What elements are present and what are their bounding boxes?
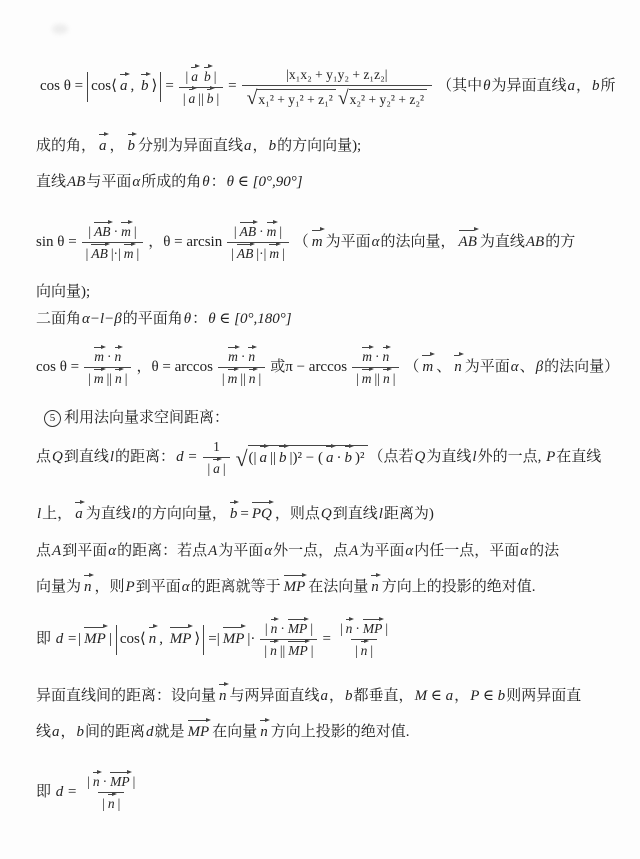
text-run: 的法向量）	[544, 357, 619, 379]
math-token: (|	[249, 448, 257, 470]
math-token: x₂² + y₂² + z₂²	[350, 92, 424, 108]
math-token: ·	[337, 448, 342, 470]
text-run: 为平面	[359, 541, 404, 563]
math-token: l	[132, 504, 136, 526]
vector-a: a	[326, 448, 334, 470]
vector-n: n	[115, 349, 122, 365]
text-line: l上，a为直线l的方向向量，b=PQ，则点Q到直线l距离为)	[36, 504, 434, 526]
vector-b: b	[141, 76, 149, 98]
math-token: α	[372, 232, 380, 254]
absolute-value-bars: cos⟨a, b⟩	[87, 72, 161, 102]
math-token: |	[370, 643, 373, 659]
text-run: 间的距离	[85, 722, 145, 744]
numerator: m·n	[221, 346, 262, 367]
math-token: =	[165, 76, 173, 98]
vector-n: n	[93, 774, 100, 790]
math-token: cos⟨	[91, 76, 117, 98]
text-run: 直线	[36, 172, 66, 194]
vector-m: m	[267, 224, 277, 240]
math-token: |	[134, 224, 137, 240]
math-token: b	[592, 76, 600, 98]
math-token: l	[472, 447, 476, 469]
denominator: |n|	[351, 639, 377, 661]
text-run: 二面角	[36, 309, 81, 331]
math-token: ,	[131, 76, 139, 98]
text-run: ，	[110, 136, 125, 158]
fraction: |x₁x₂ + y₁y₂ + z₁z₂| √x₁² + y₁² + z₁² √x…	[242, 64, 432, 110]
vector-m: m	[362, 371, 372, 387]
text-run: 为平面	[218, 541, 263, 563]
document-page: { "colors": { "text": "#222222", "backgr…	[0, 0, 640, 859]
text-run: 则两异面直	[506, 686, 581, 708]
text-line-skew-line-distance: 异面直线间的距离：设向量n与两异面直线a，b都垂直，M ∈ a，P ∈ b则两异…	[36, 686, 581, 708]
text-run: 的方向向量);	[277, 136, 361, 158]
vector-MP: MP	[170, 629, 192, 651]
math-token: Q	[415, 447, 426, 469]
math-token: ·	[355, 621, 360, 637]
text-run: 距离为)	[384, 504, 434, 526]
vector-MP: MP	[288, 643, 308, 659]
math-token: θ	[202, 172, 209, 194]
text-run: ：	[211, 172, 226, 194]
text-run: 与平面	[86, 172, 131, 194]
circled-number-icon: 5	[44, 410, 61, 427]
math-token: ⟩	[152, 76, 158, 98]
math-token: |	[118, 796, 121, 812]
text-run: 分别为异面直线	[138, 136, 243, 158]
text-run: 外的一点,	[478, 447, 546, 469]
vector-MP: MP	[363, 621, 383, 637]
numerator: |n·MP|	[336, 618, 392, 639]
formula-line-point-line-distance: 点Q到直线l的距离：d = 1 |a| √(|a||b|)² − (a·b)² …	[36, 436, 601, 479]
text-run: 的距离：若点	[117, 541, 207, 563]
text-run: 方向上投影的绝对值.	[271, 722, 410, 744]
math-token: |	[78, 629, 81, 651]
text-run: 的距离：	[115, 447, 175, 469]
math-token: θ = arccos	[151, 357, 212, 379]
vector-PQ: PQ	[252, 504, 272, 526]
math-token: a	[52, 722, 60, 744]
formula-line-cos-skew: cos θ = cos⟨a, b⟩ = |ab| |a||b| = |x₁x₂ …	[40, 64, 616, 110]
math-token: a	[244, 136, 252, 158]
vector-b: b	[230, 504, 238, 526]
vector-AB: AB	[237, 246, 254, 262]
denominator: |a|	[203, 457, 229, 479]
vector-MP: MP	[288, 621, 308, 637]
math-token: P	[126, 577, 135, 599]
numerator: |n·MP|	[261, 618, 317, 639]
text-run: 到直线	[64, 447, 109, 469]
text-run: 所	[601, 76, 616, 98]
math-token: ||	[270, 448, 276, 470]
math-token: |	[279, 224, 282, 240]
text-line: 向量为n，则P到平面α的距离就等于MP在法向量n方向上的投影的绝对值.	[36, 577, 536, 599]
math-token: |	[264, 643, 267, 659]
math-token: =	[240, 504, 248, 526]
math-token: ||	[107, 371, 112, 387]
numerator: |x₁x₂ + y₁y₂ + z₁z₂|	[282, 64, 391, 85]
vector-n: n	[361, 643, 368, 659]
math-token: d =	[56, 629, 77, 651]
numerator: m·n	[355, 346, 396, 367]
math-token: 1	[213, 439, 220, 455]
vector-n: n	[149, 629, 157, 651]
text-run: 为平面	[465, 357, 510, 379]
math-token: ,	[159, 629, 167, 651]
math-token: θ ∈ [0°,90°]	[227, 172, 303, 194]
math-token: cos θ =	[36, 357, 79, 379]
text-run: 都垂直，	[354, 686, 414, 708]
vector-a: a	[213, 461, 220, 477]
math-token: α−l−β	[82, 309, 122, 331]
fraction: m·n |m||n|	[352, 346, 399, 389]
text-line: 线a，b间的距离d就是MP在向量n方向上投影的绝对值.	[36, 722, 410, 744]
text-run: 为直线	[86, 504, 131, 526]
math-token: ，	[148, 232, 163, 254]
text-run: ，	[253, 136, 268, 158]
text-run: 在直线	[556, 447, 601, 469]
math-token: P	[546, 447, 555, 469]
text-run: ，	[61, 722, 76, 744]
vector-m: m	[94, 349, 104, 365]
math-token: |	[234, 224, 237, 240]
radical-sign: √	[338, 90, 349, 109]
denominator: |a||b|	[179, 87, 223, 109]
vector-a: a	[120, 76, 128, 98]
vector-MP: MP	[284, 577, 306, 599]
numerator: |n·MP|	[83, 771, 139, 792]
vector-m: m	[94, 371, 104, 387]
math-token: cos θ =	[40, 76, 83, 98]
text-run: 为直线	[426, 447, 471, 469]
fraction: |n·MP| |n|	[336, 618, 392, 661]
text-run: （	[404, 357, 419, 379]
text-run: 就是	[155, 722, 185, 744]
math-token: |	[214, 69, 217, 85]
math-token: |x₁x₂ + y₁y₂ + z₁z₂|	[286, 67, 387, 83]
text-run: 即	[36, 782, 55, 804]
text-run: 、	[520, 357, 535, 379]
text-run: ，则点	[275, 504, 320, 526]
fraction: |n·MP| |n||MP|	[260, 618, 317, 661]
math-token: =	[322, 629, 330, 651]
denominator: |n|	[98, 792, 124, 814]
math-token: |	[137, 246, 140, 262]
section-heading-distance: 5 利用法向量求空间距离：	[44, 408, 229, 430]
vector-b: b	[345, 448, 353, 470]
math-token: |	[223, 461, 226, 477]
text-run: 为平面	[326, 232, 371, 254]
vector-MP: MP	[84, 629, 106, 651]
math-token: =	[228, 76, 236, 98]
math-token: |	[102, 796, 105, 812]
vector-m: m	[121, 224, 131, 240]
denominator: |m||n|	[218, 367, 265, 389]
math-token: AB	[526, 232, 544, 254]
formula-line-cos-dihedral: cos θ = m·n |m||n| ， θ = arccos m·n |m||…	[36, 346, 619, 389]
math-token: |	[87, 774, 90, 790]
denominator: |n||MP|	[260, 639, 317, 661]
text-run: （其中	[437, 76, 482, 98]
denominator: |m||n|	[352, 367, 399, 389]
numerator: 1	[209, 436, 224, 457]
math-token: ·	[250, 629, 255, 651]
denominator: |AB|·|m|	[227, 242, 289, 264]
vector-AB: AB	[94, 224, 111, 240]
radicand: x₁² + y₁² + z₁²	[257, 89, 335, 108]
vector-b: b	[128, 136, 136, 158]
text-line: 成的角，a，b分别为异面直线a，b的方向向量);	[36, 136, 361, 158]
vector-a: a	[260, 448, 268, 470]
radical-sign: √	[236, 449, 248, 470]
math-token: b	[345, 686, 353, 708]
text-run: ，	[329, 686, 344, 708]
vector-a: a	[191, 69, 198, 85]
math-token: |	[311, 643, 314, 659]
math-token: |	[355, 643, 358, 659]
math-token: |	[125, 371, 128, 387]
vector-m: m	[312, 232, 323, 254]
vector-n: n	[249, 371, 256, 387]
vector-MP: MP	[223, 629, 245, 651]
math-token: |	[217, 629, 220, 651]
vector-AB: AB	[91, 246, 108, 262]
vector-n: n	[84, 577, 92, 599]
vector-n: n	[371, 577, 379, 599]
numerator: |AB·m|	[230, 221, 286, 242]
fraction: m·n |m||n|	[84, 346, 131, 389]
math-token: |	[207, 461, 210, 477]
math-token: α	[511, 357, 519, 379]
text-run: 的法向量，	[381, 232, 456, 254]
vector-b: b	[204, 69, 211, 85]
math-token: |·|	[256, 246, 266, 262]
math-token: |	[88, 371, 91, 387]
text-run: 异面直线间的距离：设向量	[36, 686, 216, 708]
formula-line-sin: sin θ = |AB·m| |AB|·|m| ， θ = arcsin |AB…	[36, 221, 575, 264]
vector-n: n	[248, 349, 255, 365]
math-token: |	[310, 621, 313, 637]
text-run: 内任一点，平面	[414, 541, 519, 563]
vector-AB: AB	[240, 224, 257, 240]
math-token: |	[393, 371, 396, 387]
math-token: d	[146, 722, 154, 744]
math-token: θ = arcsin	[163, 232, 222, 254]
fraction: |n·MP| |n|	[83, 771, 139, 814]
denominator: |AB|·|m|	[82, 242, 144, 264]
math-token: |	[340, 621, 343, 637]
text-run: 与两异面直线	[230, 686, 320, 708]
text-run: 或	[270, 357, 285, 379]
fraction: m·n |m||n|	[218, 346, 265, 389]
vector-AB: AB	[459, 232, 477, 254]
math-token: |	[183, 91, 186, 107]
radicand: (|a||b|)² − (a·b)²	[248, 445, 368, 470]
text-run: 利用法向量求空间距离：	[64, 408, 229, 430]
math-token: |	[133, 774, 136, 790]
math-token: |	[86, 246, 89, 262]
math-token: |	[88, 224, 91, 240]
vector-n: n	[383, 349, 390, 365]
text-run: 到直线	[333, 504, 378, 526]
math-token: ||	[198, 91, 203, 107]
formula-line-final-distance: 即 d = |n·MP| |n|	[36, 771, 144, 814]
math-token: α	[264, 541, 272, 563]
vector-m: m	[269, 246, 279, 262]
math-token: l	[110, 447, 114, 469]
fraction: |AB·m| |AB|·|m|	[82, 221, 144, 264]
text-run: 点	[36, 447, 51, 469]
math-token: |	[385, 621, 388, 637]
math-token: cos⟨	[120, 629, 146, 651]
vector-n: n	[454, 357, 462, 379]
absolute-value-bars: cos⟨n, MP⟩	[116, 625, 204, 655]
vector-a: a	[99, 136, 107, 158]
math-token: d =	[56, 782, 77, 804]
math-token: ||	[280, 643, 285, 659]
math-token: α	[182, 577, 190, 599]
math-token: =	[208, 629, 216, 651]
vector-n: n	[115, 371, 122, 387]
math-token: θ ∈ [0°,180°]	[208, 309, 291, 331]
text-line: 向向量);	[36, 282, 90, 304]
vector-m: m	[362, 349, 372, 365]
text-run: 的法	[529, 541, 559, 563]
denominator: |m||n|	[84, 367, 131, 389]
square-root: √(|a||b|)² − (a·b)²	[236, 445, 368, 470]
math-token: α	[108, 541, 116, 563]
math-token: sin θ =	[36, 232, 77, 254]
math-token: ，	[136, 357, 151, 379]
math-token: ·	[375, 349, 380, 365]
formula-line-projection-distance: 即 d = |MP| cos⟨n, MP⟩ = |MP| · |n·MP| |n…	[36, 618, 397, 661]
math-token: π − arccos	[285, 357, 347, 379]
math-token: ·	[107, 349, 112, 365]
text-run: 方向上的投影的绝对值.	[382, 577, 536, 599]
square-root: √x₂² + y₂² + z₂²	[338, 89, 427, 108]
math-token: |	[265, 621, 268, 637]
math-token: |	[259, 371, 262, 387]
vector-MP: MP	[188, 722, 210, 744]
numerator: |ab|	[182, 66, 221, 87]
vector-n: n	[108, 796, 115, 812]
denominator: √x₁² + y₁² + z₁² √x₂² + y₂² + z₂²	[242, 85, 432, 110]
math-token: ·	[241, 349, 246, 365]
math-token: A	[349, 541, 358, 563]
math-token: |	[216, 91, 219, 107]
vector-m: m	[124, 246, 134, 262]
vector-b: b	[279, 448, 287, 470]
radicand: x₂² + y₂² + z₂²	[349, 89, 427, 108]
math-token: α	[405, 541, 413, 563]
math-token: A	[208, 541, 217, 563]
text-line-point-plane-distance: 点A到平面α的距离：若点A为平面α外一点，点A为平面α内任一点，平面α的法	[36, 541, 559, 563]
math-token: )²	[355, 448, 365, 470]
math-token: d =	[176, 447, 197, 469]
text-run: 即	[36, 629, 55, 651]
text-run: 点	[36, 541, 51, 563]
text-run: 在法向量	[308, 577, 368, 599]
math-token: ||	[240, 371, 245, 387]
math-token: α	[520, 541, 528, 563]
text-run: 到平面	[136, 577, 181, 599]
text-run: ：	[192, 309, 207, 331]
scan-artifact	[52, 24, 68, 34]
text-run: 的距离就等于	[191, 577, 281, 599]
math-token: AB	[67, 172, 85, 194]
vector-n: n	[260, 722, 268, 744]
text-run: ，则	[95, 577, 125, 599]
text-run: 上，	[42, 504, 72, 526]
numerator: m·n	[87, 346, 128, 367]
vector-n: n	[383, 371, 390, 387]
text-run: 向向量);	[36, 282, 90, 304]
text-run: 的方	[545, 232, 575, 254]
math-token: a	[321, 686, 329, 708]
math-token: l	[379, 504, 383, 526]
radical-sign: √	[247, 90, 258, 109]
vector-MP: MP	[110, 774, 130, 790]
math-token: θ	[483, 76, 490, 98]
text-run: 外一点，点	[273, 541, 348, 563]
vector-m: m	[422, 357, 433, 379]
text-run: 为异面直线	[491, 76, 566, 98]
fraction: 1 |a|	[203, 436, 229, 479]
text-run: 所成的角	[141, 172, 201, 194]
math-token: |	[356, 371, 359, 387]
vector-n: n	[346, 621, 353, 637]
math-token: l	[37, 504, 41, 526]
math-token: ||	[375, 371, 380, 387]
math-token: ·	[103, 774, 108, 790]
math-token: |)²	[290, 448, 303, 470]
math-token: |	[231, 246, 234, 262]
fraction: |AB·m| |AB|·|m|	[227, 221, 289, 264]
vector-n: n	[271, 621, 278, 637]
math-token: P ∈ b	[470, 686, 505, 708]
text-run: 为直线	[480, 232, 525, 254]
text-run: 成的角，	[36, 136, 96, 158]
text-run: 线	[36, 722, 51, 744]
math-token: |	[186, 69, 189, 85]
math-token: − (	[302, 448, 323, 470]
vector-n: n	[219, 686, 227, 708]
text-run: 到平面	[62, 541, 107, 563]
math-token: ·	[114, 224, 119, 240]
square-root: √x₁² + y₁² + z₁²	[247, 89, 336, 108]
text-run: 向量为	[36, 577, 81, 599]
math-token: ⟩	[194, 629, 200, 651]
vector-m: m	[228, 349, 238, 365]
vector-n: n	[270, 643, 277, 659]
math-token: ·	[259, 224, 264, 240]
text-run: ，	[576, 76, 591, 98]
text-run: 在向量	[212, 722, 257, 744]
math-token: x₁² + y₁² + z₁²	[258, 92, 332, 108]
vector-b: b	[207, 91, 214, 107]
math-token: M ∈ a	[415, 686, 454, 708]
text-run: ，	[454, 686, 469, 708]
text-run: 的方向向量，	[137, 504, 227, 526]
math-token: b	[77, 722, 85, 744]
text-run: 、	[436, 357, 451, 379]
math-token: Q	[321, 504, 332, 526]
math-token: |	[282, 246, 285, 262]
text-run: （点若	[369, 447, 414, 469]
math-token: |	[109, 629, 112, 651]
math-token: a	[567, 76, 575, 98]
numerator: |AB·m|	[84, 221, 140, 242]
